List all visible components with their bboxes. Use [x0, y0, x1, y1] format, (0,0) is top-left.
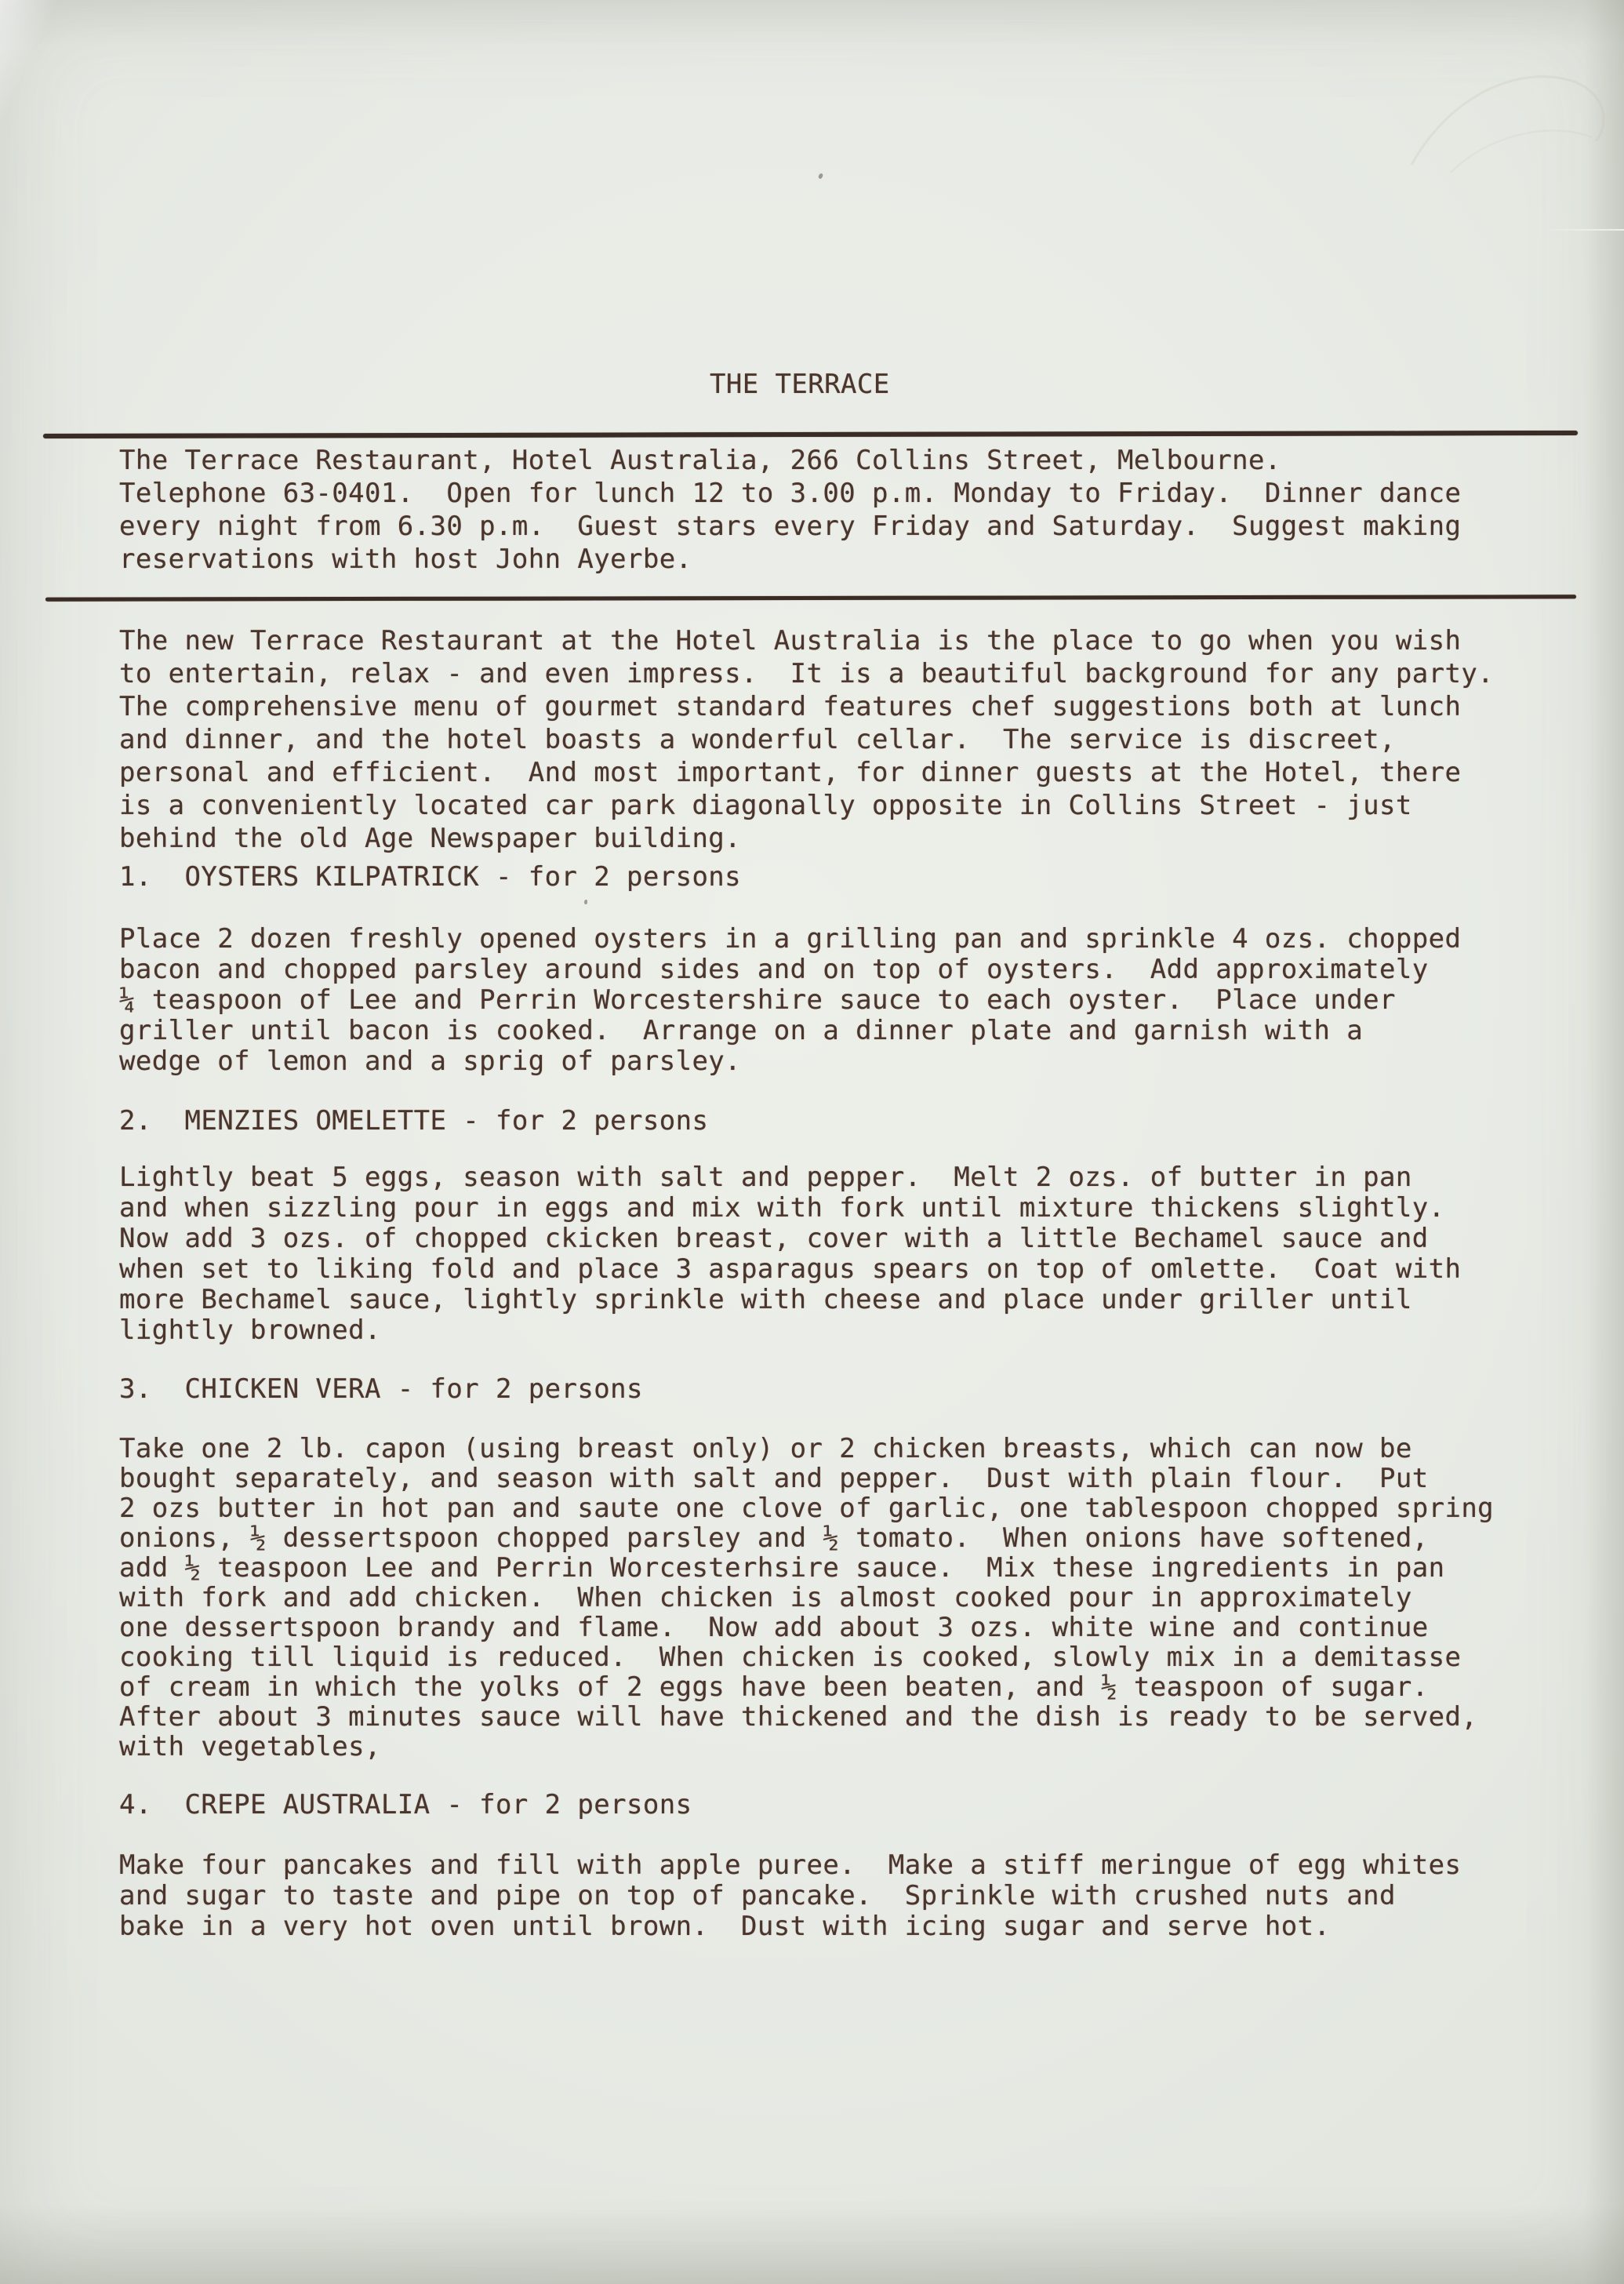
recipe-heading-menzies-omelette: 2. MENZIES OMELETTE - for 2 persons — [119, 1106, 708, 1137]
recipe-heading-chicken-vera: 3. CHICKEN VERA - for 2 persons — [119, 1374, 643, 1405]
faint-pencil-mark — [1404, 47, 1623, 188]
recipe-heading-oysters-kilpatrick: 1. OYSTERS KILPATRICK - for 2 persons — [119, 862, 741, 893]
scan-speck — [584, 900, 587, 904]
horizontal-rule-bottom — [45, 595, 1576, 601]
intro-paragraph: The new Terrace Restaurant at the Hotel … — [119, 624, 1494, 855]
horizontal-rule-top — [43, 431, 1578, 438]
recipe-body-oysters-kilpatrick: Place 2 dozen freshly opened oysters in … — [119, 924, 1461, 1077]
recipe-heading-crepe-australia: 4. CREPE AUSTRALIA - for 2 persons — [119, 1790, 692, 1820]
page-title: THE TERRACE — [710, 369, 890, 400]
recipe-body-crepe-australia: Make four pancakes and fill with apple p… — [119, 1850, 1461, 1942]
scanned-recipe-page: THE TERRACE The Terrace Restaurant, Hote… — [0, 0, 1624, 2284]
recipe-body-menzies-omelette: Lightly beat 5 eggs, season with salt an… — [119, 1162, 1461, 1346]
paper-crease — [1541, 229, 1624, 231]
scan-speck — [818, 173, 823, 179]
restaurant-info-block: The Terrace Restaurant, Hotel Australia,… — [119, 444, 1461, 576]
recipe-body-chicken-vera: Take one 2 lb. capon (using breast only)… — [119, 1434, 1494, 1762]
